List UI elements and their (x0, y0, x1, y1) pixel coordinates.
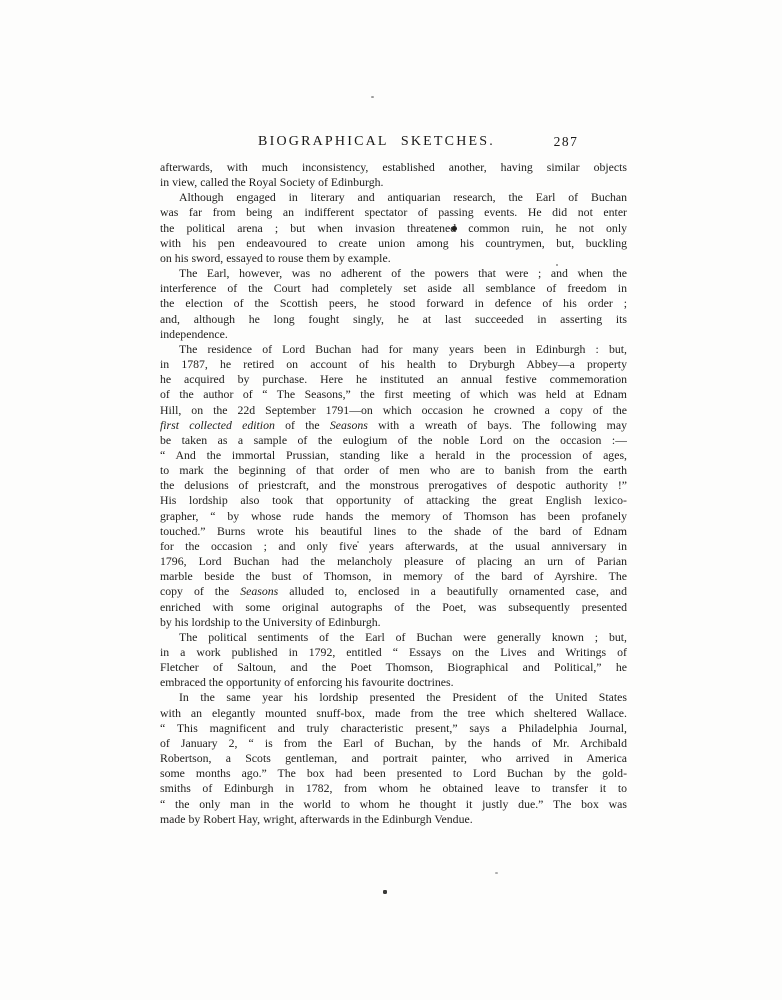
text-line: he acquired by purchase. Here he institu… (160, 372, 627, 387)
text-line: some months ago.” The box had been prese… (160, 766, 627, 781)
text-line: of January 2, “ is from the Earl of Buch… (160, 736, 627, 751)
text-line: The Earl, however, was no adherent of th… (160, 266, 627, 281)
italic-text: first collected edition (160, 418, 275, 432)
paragraph: The residence of Lord Buchan had for man… (160, 342, 627, 630)
text-line: enriched with some original autographs o… (160, 600, 627, 615)
text-line: In the same year his lordship presented … (160, 690, 627, 705)
text-line: His lordship also took that opportunity … (160, 493, 627, 508)
book-page: BIOGRAPHICAL SKETCHES. 287 afterwards, w… (0, 0, 782, 1000)
text-line: and, although he long fought singly, he … (160, 312, 627, 327)
text-line: to mark the beginning of that order of m… (160, 463, 627, 478)
text-line: Although engaged in literary and antiqua… (160, 190, 627, 205)
text-line: the election of the Scottish peers, he s… (160, 296, 627, 311)
text-line: in 1787, he retired on account of his he… (160, 357, 627, 372)
text-line: was far from being an indifferent specta… (160, 205, 627, 220)
ink-blot-artifact (452, 226, 457, 231)
text-line: made by Robert Hay, wright, afterwards i… (160, 812, 627, 827)
text-line: Robertson, a Scots gentleman, and portra… (160, 751, 627, 766)
paragraph: In the same year his lordship presented … (160, 690, 627, 826)
paragraph: The political sentiments of the Earl of … (160, 630, 627, 691)
italic-text: Seasons (330, 418, 368, 432)
paragraph: afterwards, with much inconsistency, est… (160, 160, 627, 190)
text-line: The residence of Lord Buchan had for man… (160, 342, 627, 357)
text-line: in a work published in 1792, entitled “ … (160, 645, 627, 660)
text-line: “ And the immortal Prussian, standing li… (160, 448, 627, 463)
text-line: The political sentiments of the Earl of … (160, 630, 627, 645)
text-block: afterwards, with much inconsistency, est… (160, 160, 627, 827)
text-line: interference of the Court had completely… (160, 281, 627, 296)
scan-speck (371, 96, 374, 98)
text-line: 1796, Lord Buchan had the melancholy ple… (160, 554, 627, 569)
text-line: afterwards, with much inconsistency, est… (160, 160, 627, 175)
text-line: smiths of Edinburgh in 1782, from whom h… (160, 781, 627, 796)
scan-speck (495, 872, 498, 874)
text-line: with his pen endeavoured to create union… (160, 236, 627, 251)
running-head: BIOGRAPHICAL SKETCHES. (143, 134, 610, 150)
text-line: embraced the opportunity of enforcing hi… (160, 675, 627, 690)
text-line: copy of the Seasons alluded to, enclosed… (160, 584, 627, 599)
text-line: independence. (160, 327, 627, 342)
text-line: “ the only man in the world to whom he t… (160, 797, 627, 812)
scan-speck (383, 890, 387, 894)
text-line: marble beside the bust of Thomson, in me… (160, 569, 627, 584)
scan-speck (556, 264, 558, 266)
text-line: Hill, on the 22d September 1791—on which… (160, 403, 627, 418)
text-line: for the occasion ; and only five years a… (160, 539, 627, 554)
text-line: “ This magnificent and truly characteris… (160, 721, 627, 736)
text-line: in view, called the Royal Society of Edi… (160, 175, 627, 190)
page-number: 287 (551, 134, 581, 150)
text-line: Fletcher of Saltoun, and the Poet Thomso… (160, 660, 627, 675)
text-line: with an elegantly mounted snuff-box, mad… (160, 706, 627, 721)
italic-text: Seasons (240, 584, 278, 598)
text-line: touched.” Burns wrote his beautiful line… (160, 524, 627, 539)
paragraph: The Earl, however, was no adherent of th… (160, 266, 627, 342)
text-line: of the author of “ The Seasons,” the fir… (160, 387, 627, 402)
text-line: grapher, “ by whose rude hands the memor… (160, 509, 627, 524)
text-line: the political arena ; but when invasion … (160, 221, 627, 236)
scan-speck (357, 541, 359, 543)
text-line: be taken as a sample of the eulogium of … (160, 433, 627, 448)
text-line: by his lordship to the University of Edi… (160, 615, 627, 630)
text-line: first collected edition of the Seasons w… (160, 418, 627, 433)
paragraph: Although engaged in literary and antiqua… (160, 190, 627, 266)
text-line: the delusions of priestcraft, and the mo… (160, 478, 627, 493)
